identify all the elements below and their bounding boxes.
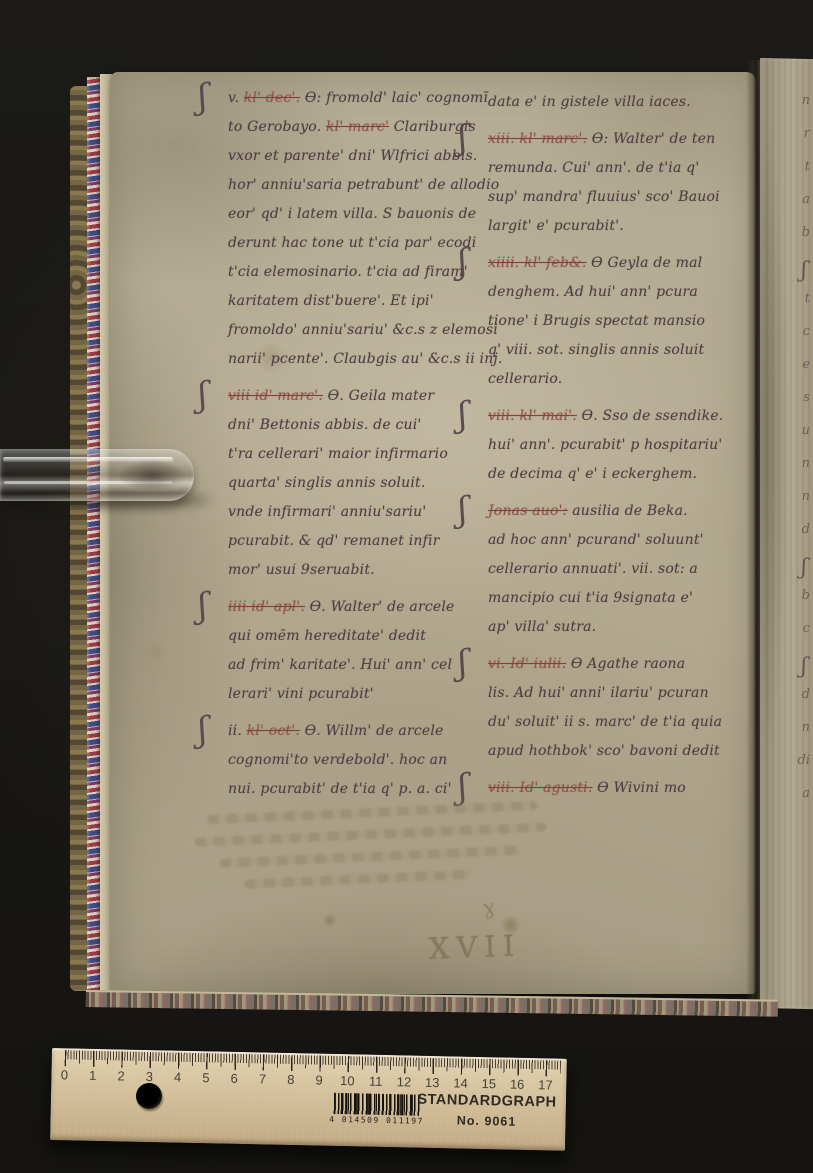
facing-page-text-fragment: t [805,159,810,174]
manuscript-line: eor' qd' i latem villa. S bauonis de [228,200,503,229]
manuscript-entry: ʃviii. kl' mai'. Ɵ. Sso de ssendike.hui'… [488,402,723,489]
manuscript-page: ʃv. kl' dec'. Ɵ: fromold' laic' cognomīt… [110,72,756,994]
ruler-cm-number: 1 [89,1068,97,1083]
manuscript-line: xiii. kl' marc'. Ɵ: Walter' de ten [488,125,723,154]
facing-page-text-fragment: e [802,357,810,372]
facing-page-text-fragment: u [802,423,810,438]
manuscript-line: de decima q' e' i eckerghem. [488,460,723,489]
manuscript-line: q' viii. sot. singlis annis soluit [488,336,723,365]
measuring-ruler: 01234567891011121314151617 4 014509 0111… [50,1048,567,1151]
faded-text-line [195,822,547,846]
manuscript-line: hui' ann'. pcurabit' p hospitariu' [488,431,723,460]
manuscript-entry: ʃvi. Id' iulii. Ɵ Agathe raonalis. Ad hu… [488,650,723,766]
facing-page-text-fragment: b [802,225,810,240]
manuscript-line: apud hothbok' sco' bavoni dedit [488,737,723,766]
facing-page-text-fragment: r [804,126,810,141]
faded-text-line [244,870,470,889]
facing-page-text-fragment: d [802,687,810,702]
ruler-cm-number: 15 [481,1076,496,1091]
ruler-cm-number: 5 [202,1070,210,1085]
manuscript-line: ad hoc ann' pcurand' soluunt' [488,526,723,555]
faded-text-block [193,787,552,902]
manuscript-line: narii' pcente'. Claubgis au' &c.s ii inj… [228,345,503,374]
ruler-cm-number: 12 [397,1074,412,1089]
manuscript-line: sup' mandra' fluuius' sco' Bauoi [488,183,723,212]
facing-page-edge: nrtabʃtcesunndʃbcʃdndia [760,58,813,1009]
facing-page-text-fragment: n [802,93,810,108]
ruler-cm-number: 9 [315,1073,323,1088]
manuscript-line: lerari' vini pcurabit' [228,680,503,709]
ruler-cm-number: 2 [117,1068,125,1083]
facing-page-text-fragment: ʃ [801,258,807,283]
facing-page-text-fragment: ʃ [801,555,807,580]
facing-page-text-fragment: a [802,192,810,207]
facing-page-text-fragment: n [802,489,810,504]
manuscript-line: hor' anniu'saria petrabunt' de allodio [228,171,503,200]
manuscript-line: fromoldo' anniu'sariu' &c.s z elemosi [228,316,503,345]
manuscript-line: tione' i Brugis spectat mansio [488,307,723,336]
ruler-cm-number: 14 [453,1075,468,1090]
ruler-cm-number: 7 [259,1071,267,1086]
manuscript-line: ii. kl' oct'. Ɵ. Willm' de arcele [228,717,503,746]
facing-page-text-fragment: n [802,720,810,735]
ruler-cm-number: 13 [425,1075,440,1090]
manuscript-line: data e' in gistele villa iaces. [488,88,723,117]
manuscript-line: viii. kl' mai'. Ɵ. Sso de ssendike. [488,402,723,431]
manuscript-entry: ʃxiiii. kl' feb&. Ɵ Geyla de maldenghem.… [488,249,723,394]
manuscript-column-left: ʃv. kl' dec'. Ɵ: fromold' laic' cognomīt… [228,84,503,812]
manuscript-line: v. kl' dec'. Ɵ: fromold' laic' cognomī [228,84,503,113]
manuscript-entry: ʃJonas auo': ausilia de Beka.ad hoc ann'… [488,497,723,642]
manuscript-line: ap' villa' sutra. [488,613,723,642]
page-number: XVII [409,928,540,967]
manuscript-line: Jonas auo': ausilia de Beka. [488,497,723,526]
manuscript-line: largit' e' pcurabit'. [488,212,723,241]
glass-page-weight [0,449,194,501]
faded-text-line [208,801,538,824]
manuscript-column-right: data e' in gistele villa iaces.ʃxiii. kl… [488,88,723,811]
manuscript-line: karitatem dist'buere'. Et ipi' [228,287,503,316]
manuscript-line: mor' usui 9seruabit. [228,556,503,585]
facing-page-text-fragment: ʃ [801,654,807,679]
facing-page-text-fragment: s [803,390,810,405]
facing-page-text-fragment: c [803,621,810,636]
book-board-edge [70,86,88,991]
manuscript-entry: ʃxiii. kl' marc'. Ɵ: Walter' de tenremun… [488,125,723,241]
ruler-cm-number: 17 [538,1077,553,1092]
manuscript-line: vi. Id' iulii. Ɵ Agathe raona [488,650,723,679]
manuscript-line: xiiii. kl' feb&. Ɵ Geyla de mal [488,249,723,278]
ruler-cm-number: 6 [230,1071,238,1086]
ruler-brand-label: STANDARDGRAPH [401,1091,573,1111]
faded-text-line [219,846,519,868]
ruler-cm-number: 11 [369,1074,383,1089]
ruler-hole [136,1083,163,1110]
facing-page-text-fragment: di [798,753,810,768]
facing-page-text-fragment: d [802,522,810,537]
manuscript-line: remunda. Cui' ann'. de t'ia q' [488,154,723,183]
manuscript-line: iiii id' apl'. Ɵ. Walter' de arcele [228,593,503,622]
manuscript-photograph: ʃv. kl' dec'. Ɵ: fromold' laic' cognomīt… [0,0,813,1173]
ruler-cm-number: 10 [340,1073,355,1088]
ruler-cm-number: 16 [510,1077,525,1092]
ruler-cm-number: 3 [146,1069,154,1084]
manuscript-line: cellerario annuati'. vii. sot: a [488,555,723,584]
facing-page-text-fragment: a [802,786,810,801]
facing-page-text-fragment: n [802,456,810,471]
manuscript-line: lis. Ad hui' anni' ilariu' pcuran [488,679,723,708]
manuscript-line: denghem. Ad hui' ann' pcura [488,278,723,307]
ruler-cm-number: 0 [61,1067,69,1082]
manuscript-line: t'ra cellerari' maior infirmario [228,440,503,469]
ruler-cm-number: 8 [287,1072,295,1087]
facing-page-text-fragment: t [805,291,810,306]
ruler-model-label: No. 9061 [400,1112,572,1130]
manuscript-line: mancipio cui t'ia 9signata e' [488,584,723,613]
marbled-endpaper-edge [87,77,100,993]
manuscript-line: du' soluit' ii s. marc' de t'ia quia [488,708,723,737]
facing-page-text-fragment: b [802,588,810,603]
manuscript-entry: data e' in gistele villa iaces. [488,88,723,117]
ruler-cm-number: 4 [174,1070,182,1085]
manuscript-line: cellerario. [488,365,723,394]
facing-page-text-fragment: c [803,324,810,339]
manuscript-line: pcurabit. & qd' remanet infir [228,527,503,556]
